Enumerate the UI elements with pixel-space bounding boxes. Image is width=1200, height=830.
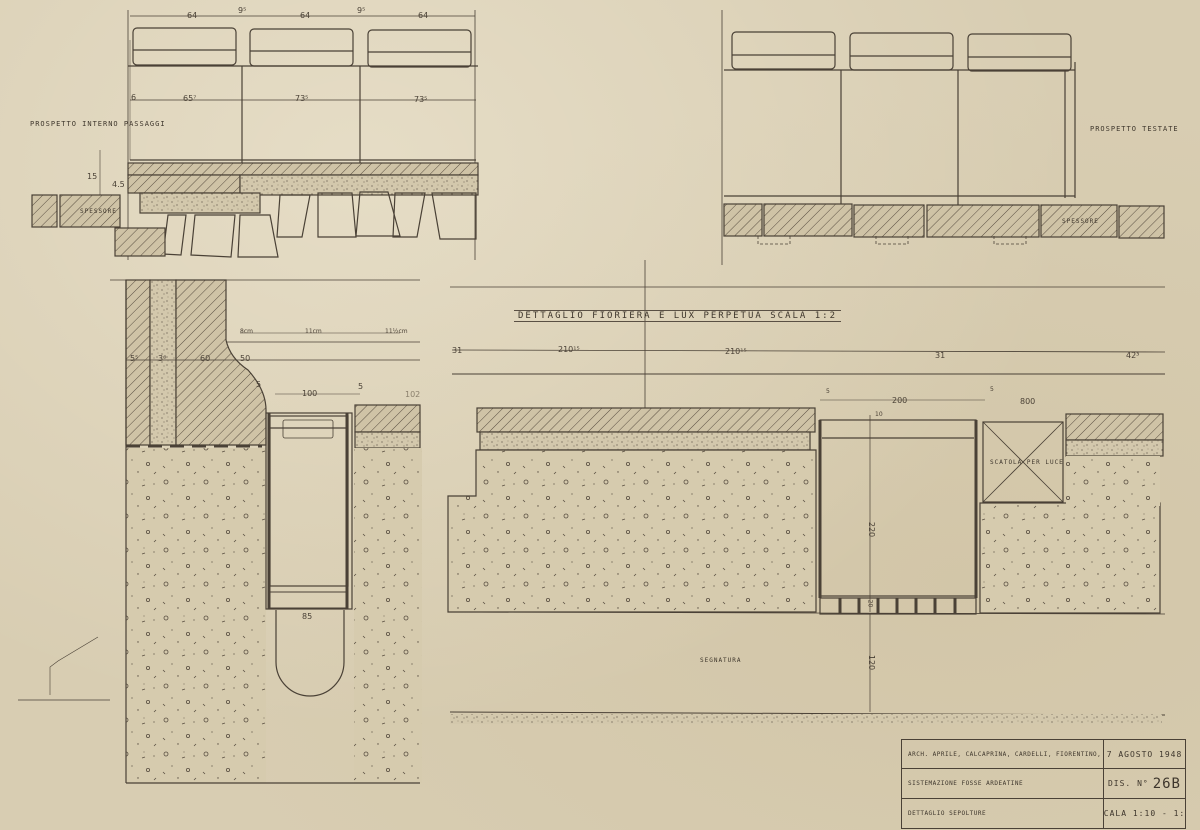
dim: 210¹⁵ [558, 345, 580, 354]
architectural-drawing [0, 0, 1200, 830]
dim: 73⁵ [414, 95, 427, 104]
dim: 64 [187, 11, 197, 20]
dim: 73⁵ [295, 94, 308, 103]
title-block-architects: Arch. Aprile, Calcaprina, Cardelli, Fior… [902, 740, 1104, 769]
dim: 10 [875, 411, 883, 418]
label-spessore-right: Spessore [1062, 218, 1099, 225]
dim: 65⁷ [183, 94, 196, 103]
dim: 102 [405, 390, 420, 399]
dim: 85 [302, 612, 312, 621]
dim: 220 [867, 522, 876, 537]
dim: 60 [200, 354, 210, 363]
dim: 42³ [1126, 351, 1139, 360]
dim: 5 [990, 386, 994, 393]
label-prospetto-interno: Prospetto interno passaggi [30, 120, 166, 128]
dim: 8cm [240, 328, 253, 335]
drawing-number: 26b [1153, 776, 1181, 792]
label-spessore-left: Spessore [80, 208, 117, 215]
dim: 31 [935, 351, 945, 360]
title-block-drawing-number: Dis. N° 26b [1104, 769, 1185, 799]
label-scatola-luce: Scatola per luce [990, 459, 1064, 466]
dim: 200 [892, 396, 907, 405]
dim: 5 [256, 380, 261, 389]
drawing-title: Dettaglio Fioriera e Lux Perpetua Scala … [514, 310, 841, 322]
dim: 64 [418, 11, 428, 20]
title-block-scale: Scala 1:10 - 1:2 [1104, 799, 1185, 828]
label-prospetto-testate: Prospetto testate [1090, 125, 1179, 133]
dim: 3⁶ [158, 354, 166, 363]
title-block-subject: Dettaglio sepolture [902, 799, 1104, 828]
dim: 11cm [305, 328, 322, 335]
dim: 210¹⁵ [725, 347, 747, 356]
dim: 4.5 [112, 180, 125, 189]
drawing-sheet: Prospetto interno passaggi Prospetto tes… [0, 0, 1200, 830]
dim: 6 [131, 93, 136, 102]
dim: 15 [87, 172, 97, 181]
dim: 5 [358, 382, 363, 391]
dim: 31 [452, 346, 462, 355]
dim: 800 [1020, 397, 1035, 406]
dim: 50 [240, 354, 250, 363]
dim: 5 [826, 388, 830, 395]
dim: 9⁵ [357, 6, 365, 15]
dim: 5⁵ [130, 354, 138, 363]
dim: 100 [302, 389, 317, 398]
label-segnatura: Segnatura [700, 657, 742, 664]
dim: 20 [866, 600, 873, 608]
title-block: Arch. Aprile, Calcaprina, Cardelli, Fior… [901, 739, 1186, 829]
drawing-number-label: Dis. N° [1108, 779, 1149, 788]
dim: 120 [867, 655, 876, 670]
dim: 64 [300, 11, 310, 20]
title-block-date: 7 Agosto 1948 [1104, 740, 1185, 769]
dim: 11½cm [385, 328, 408, 335]
title-block-project: Sistemazione Fosse Ardeatine [902, 769, 1104, 799]
dim: 9⁵ [238, 6, 246, 15]
